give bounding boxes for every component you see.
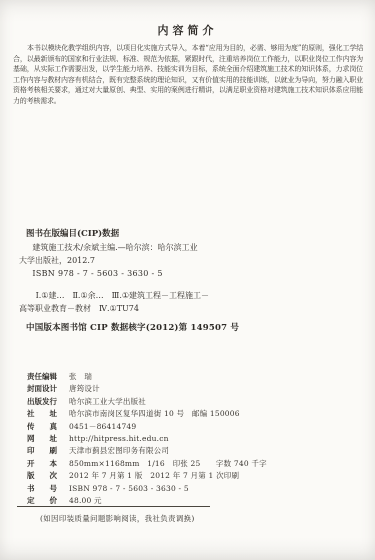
colophon-row-edition: 版 次2012 年 7 月第 1 版 2012 年 7 月第 1 次印刷 bbox=[27, 470, 363, 482]
colophon-value: 0451－86414749 bbox=[69, 422, 136, 431]
colophon-label: 传 真 bbox=[27, 421, 60, 433]
colophon-value: 哈尔滨工业大学出版社 bbox=[69, 397, 146, 406]
colophon-value: 哈尔滨市南岗区复华四道街 10 号 邮编 150006 bbox=[69, 409, 240, 418]
colophon-label: 网 址 bbox=[27, 433, 60, 445]
colophon-value: 张 瑞 bbox=[69, 372, 92, 381]
colophon-value: 天津市蓟县宏图印务有限公司 bbox=[69, 446, 169, 455]
cip-title-line-1: 建筑施工技术/余斌主编.—哈尔滨：哈尔滨工业 bbox=[26, 241, 361, 254]
colophon-value: 2012 年 7 月第 1 版 2012 年 7 月第 1 次印刷 bbox=[69, 471, 239, 480]
colophon-value: 唐筠设计 bbox=[69, 384, 100, 393]
colophon-row-fax: 传 真0451－86414749 bbox=[27, 421, 363, 433]
cip-class-line-1: Ⅰ.①建… Ⅱ.①余… Ⅲ.①建筑工程－工程施工－ bbox=[26, 289, 361, 302]
colophon-label: 出版发行 bbox=[27, 396, 60, 408]
colophon-block: 责任编辑张 瑞 封面设计唐筠设计 出版发行哈尔滨工业大学出版社 社 址哈尔滨市南… bbox=[27, 371, 363, 507]
cip-heading: 图书在版编目(CIP)数据 bbox=[26, 228, 361, 241]
content-summary-paragraph: 本书以模块化教学组织内容，以项目化实施方式导入，本着“应用为目的，必需、够用为度… bbox=[13, 43, 363, 107]
cip-title-line-2: 大学出版社，2012.7 bbox=[19, 254, 361, 267]
colophon-label: 封面设计 bbox=[27, 383, 60, 395]
colophon-row-address: 社 址哈尔滨市南岗区复华四道街 10 号 邮编 150006 bbox=[27, 408, 363, 420]
cip-classification: Ⅰ.①建… Ⅱ.①余… Ⅲ.①建筑工程－工程施工－ 高等职业教育－教材 Ⅳ.①T… bbox=[26, 289, 361, 315]
content-summary-title: 内容简介 bbox=[0, 22, 375, 38]
colophon-label: 书 号 bbox=[27, 483, 60, 495]
colophon-value: 850mm×1168mm 1/16 印张 25 字数 740 千字 bbox=[69, 459, 267, 468]
colophon-value: http://hitpress.hit.edu.cn bbox=[69, 434, 169, 443]
colophon-value: ISBN 978 - 7 - 5603 - 3630 - 5 bbox=[69, 484, 189, 493]
colophon-row-editor: 责任编辑张 瑞 bbox=[27, 371, 363, 383]
colophon-row-format: 开 本850mm×1168mm 1/16 印张 25 字数 740 千字 bbox=[27, 458, 363, 470]
copyright-page: 内容简介 本书以模块化教学组织内容，以项目化实施方式导入，本着“应用为目的，必需… bbox=[0, 0, 375, 560]
colophon-row-publisher: 出版发行哈尔滨工业大学出版社 bbox=[27, 396, 363, 408]
colophon-row-book-number: 书 号ISBN 978 - 7 - 5603 - 3630 - 5 bbox=[27, 483, 363, 495]
cip-isbn: ISBN 978 - 7 - 5603 - 3630 - 5 bbox=[26, 267, 361, 280]
cip-data-block: 图书在版编目(CIP)数据 建筑施工技术/余斌主编.—哈尔滨：哈尔滨工业 大学出… bbox=[26, 228, 361, 315]
colophon-label: 版 次 bbox=[27, 470, 60, 482]
colophon-row-website: 网 址http://hitpress.hit.edu.cn bbox=[27, 433, 363, 445]
colophon-row-printer: 印 刷天津市蓟县宏图印务有限公司 bbox=[27, 445, 363, 457]
colophon-label: 社 址 bbox=[27, 408, 60, 420]
colophon-label: 责任编辑 bbox=[27, 371, 60, 383]
divider-rule bbox=[17, 506, 210, 507]
colophon-label: 开 本 bbox=[27, 458, 60, 470]
colophon-value: 48.00 元 bbox=[69, 496, 102, 505]
cip-record-number: 中国版本图书馆 CIP 数据核字(2012)第 149507 号 bbox=[26, 321, 239, 333]
quality-exchange-note: (如因印装质量问题影响阅读，我社负责调换) bbox=[40, 513, 195, 524]
cip-class-line-2: 高等职业教育－教材 Ⅳ.①TU74 bbox=[19, 302, 361, 315]
colophon-row-cover-design: 封面设计唐筠设计 bbox=[27, 383, 363, 395]
colophon-label: 印 刷 bbox=[27, 445, 60, 457]
